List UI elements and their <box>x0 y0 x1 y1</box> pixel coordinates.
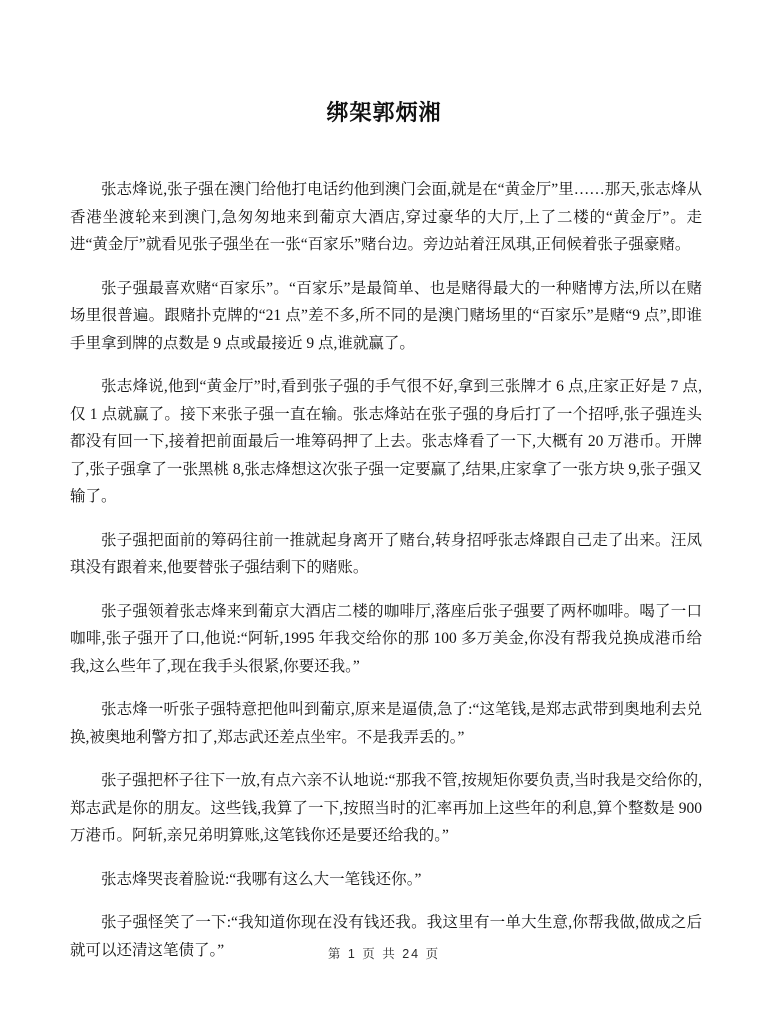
paragraph: 张子强把杯子往下一放,有点六亲不认地说:“那我不管,按规矩你要负责,当时我是交给… <box>70 767 702 850</box>
page-title: 绑架郭炳湘 <box>0 0 768 128</box>
page-number-footer: 第 1 页 共 24 页 <box>0 944 768 962</box>
paragraph: 张子强把面前的筹码往前一推就起身离开了赌台,转身招呼张志烽跟自己走了出来。汪凤琪… <box>70 527 702 582</box>
document-body: 张志烽说,张子强在澳门给他打电话约他到澳门会面,就是在“黄金厅”里……那天,张志… <box>0 128 768 964</box>
paragraph: 张志烽说,张子强在澳门给他打电话约他到澳门会面,就是在“黄金厅”里……那天,张志… <box>70 176 702 259</box>
paragraph: 张子强最喜欢赌“百家乐”。“百家乐”是最简单、也是赌得最大的一种赌博方法,所以在… <box>70 275 702 358</box>
paragraph: 张志烽哭丧着脸说:“我哪有这么大一笔钱还你。” <box>70 866 702 894</box>
paragraph: 张志烽说,他到“黄金厅”时,看到张子强的手气很不好,拿到三张牌才 6 点,庄家正… <box>70 373 702 511</box>
paragraph: 张志烽一听张子强特意把他叫到葡京,原来是逼债,急了:“这笔钱,是郑志武带到奥地利… <box>70 696 702 751</box>
paragraph: 张子强领着张志烽来到葡京大酒店二楼的咖啡厅,落座后张子强要了两杯咖啡。喝了一口咖… <box>70 598 702 681</box>
document-page: 绑架郭炳湘 张志烽说,张子强在澳门给他打电话约他到澳门会面,就是在“黄金厅”里…… <box>0 0 768 1024</box>
